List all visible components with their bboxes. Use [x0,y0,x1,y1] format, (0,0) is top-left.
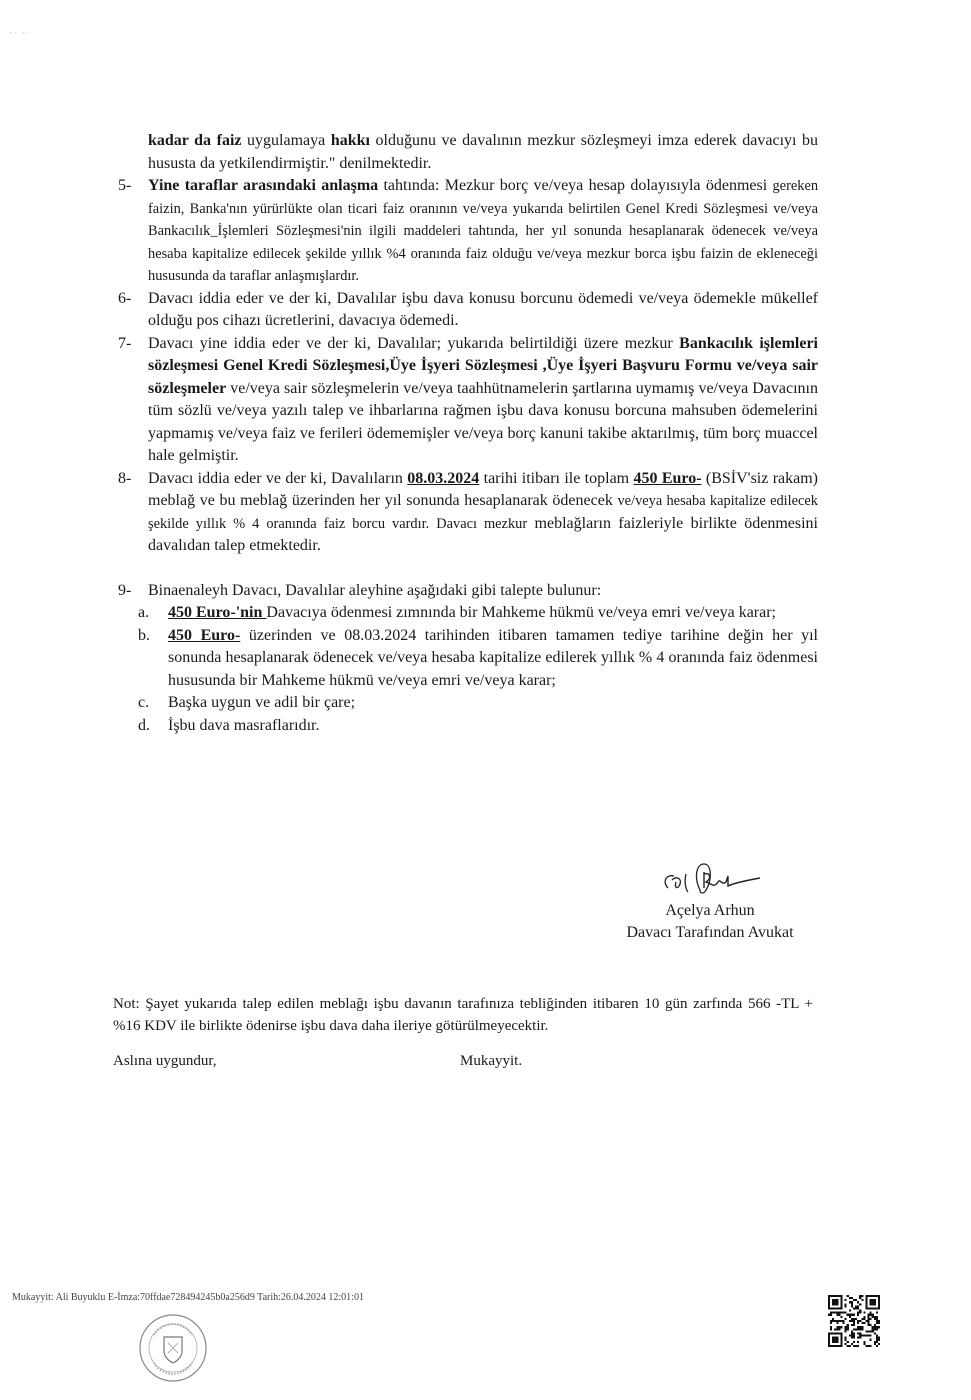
signature-block: Açelya Arhun Davacı Tarafından Avukat [600,860,820,944]
p4-text-1: uygulamaya [242,132,331,149]
request-item: c.Başka uygun ve adil bir çare; [138,692,818,715]
p5-lead-bold: Yine taraflar arasındaki anlaşma [148,177,378,194]
paragraph-number: 8- [118,468,148,558]
request-item-text: İşbu dava masraflarıdır. [168,715,818,738]
certified-copy-text: Aslına uygundur, [113,1053,217,1070]
request-item-label: d. [138,715,168,738]
registrar-label: Mukayyit. [460,1053,522,1070]
paragraph-5: 5- Yine taraflar arasındaki anlaşma taht… [118,175,818,288]
qr-code-icon[interactable] [828,1295,880,1347]
paragraph-8: 8- Davacı iddia eder ve der ki, Davalıla… [118,468,818,558]
attorney-title: Davacı Tarafından Avukat [600,922,820,944]
paragraph-number: 9- [118,580,148,603]
p8-text-before: Davacı iddia eder ve der ki, Davalıların [148,470,407,487]
settlement-note: Not: Şayet yukarıda talep edilen meblağı… [113,993,813,1037]
request-amount: 450 Euro- [168,627,240,644]
request-item-label: a. [138,602,168,625]
paragraph-number: 6- [118,288,148,333]
paragraph-7: 7- Davacı yine iddia eder ve der ki, Dav… [118,333,818,468]
scan-artifact-mark: -· ‑· [10,30,31,37]
court-seal-icon [138,1313,208,1383]
request-item-label: c. [138,692,168,715]
p7-text-before: Davacı yine iddia eder ve der ki, Davalı… [148,335,679,352]
request-item-text: Başka uygun ve adil bir çare; [168,692,818,715]
e-signature-footer: Mukayyit: Ali Buyuklu E-İmza:70ffdae7284… [12,1292,364,1303]
p8-amount: 450 Euro- [633,470,701,487]
p4-bold-2: hakkı [331,132,370,149]
p4-bold-1: kadar da faiz [148,132,242,149]
document-body: kadar da faiz uygulamaya hakkı olduğunu … [118,130,818,737]
handwritten-signature-icon [600,860,820,900]
request-amount: 450 Euro-'nin [168,604,266,621]
paragraph-6: 6- Davacı iddia eder ve der ki, Davalıla… [118,288,818,333]
paragraph-7-text: Davacı yine iddia eder ve der ki, Davalı… [148,333,818,468]
paragraph-number: 5- [118,175,148,288]
paragraph-9: 9- Binaenaleyh Davacı, Davalılar aleyhin… [118,580,818,603]
p5-lead-rest: tahtında: Mezkur borç ve/veya hesap dola… [378,177,767,194]
paragraph-4-continuation: kadar da faiz uygulamaya hakkı olduğunu … [118,130,818,175]
p8-date: 08.03.2024 [407,470,479,487]
request-item: a.450 Euro-'nin Davacıya ödenmesi zımnın… [138,602,818,625]
request-item-text: 450 Euro-'nin Davacıya ödenmesi zımnında… [168,602,818,625]
request-item: d.İşbu dava masraflarıdır. [138,715,818,738]
paragraph-8-text: Davacı iddia eder ve der ki, Davalıların… [148,468,818,558]
request-item-text: 450 Euro- üzerinden ve 08.03.2024 tarihi… [168,625,818,693]
request-item: b.450 Euro- üzerinden ve 08.03.2024 tari… [138,625,818,693]
p7-text-after: ve/veya sair sözleşmelerin ve/veya taahh… [148,380,818,465]
paragraph-number: 7- [118,333,148,468]
attorney-name: Açelya Arhun [600,900,820,922]
spacer [118,558,818,580]
paragraph-6-text: Davacı iddia eder ve der ki, Davalılar i… [148,288,818,333]
request-list: a.450 Euro-'nin Davacıya ödenmesi zımnın… [118,602,818,737]
p8-text-mid: tarihi itibarı ile toplam [479,470,633,487]
paragraph-9-intro: Binaenaleyh Davacı, Davalılar aleyhine a… [148,580,818,603]
request-item-label: b. [138,625,168,693]
paragraph-5-text: Yine taraflar arasındaki anlaşma tahtınd… [148,175,818,288]
